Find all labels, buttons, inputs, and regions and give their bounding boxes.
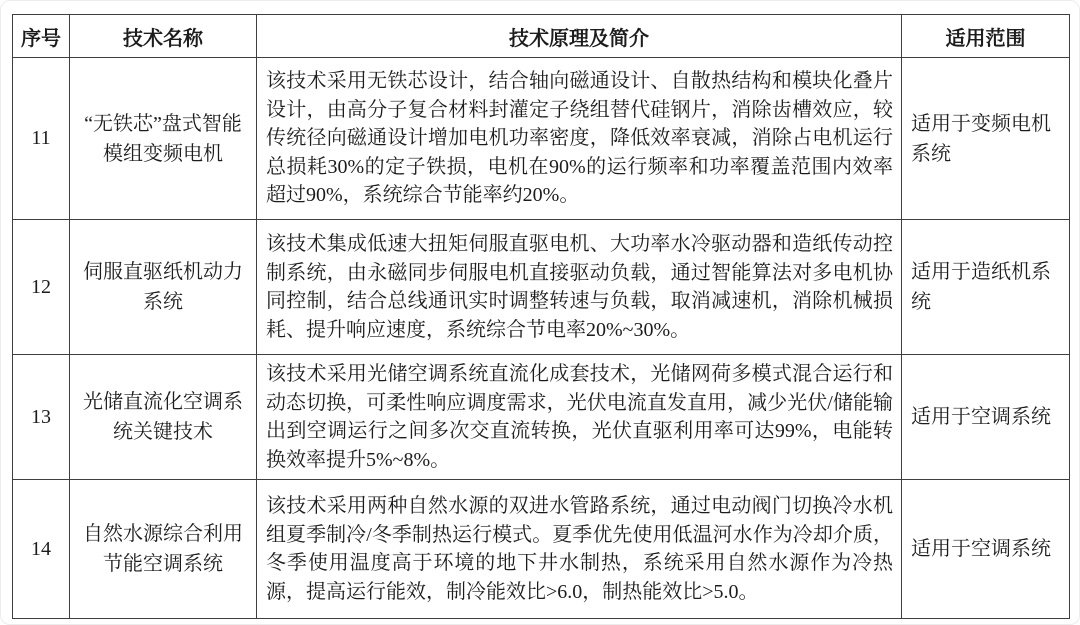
table-row: 13光储直流化空调系统关键技术该技术采用光储空调系统直流化成套技术，光储网荷多模…	[13, 355, 1070, 480]
technology-principle-cell: 该技术采用两种自然水源的双进水管路系统，通过电动阀门切换冷水机组夏季制冷/冬季制…	[257, 480, 902, 619]
application-scope-cell: 适用于空调系统	[902, 480, 1070, 619]
table-header-row: 序号 技术名称 技术原理及简介 适用范围	[13, 15, 1070, 58]
table-row: 14自然水源综合利用节能空调系统该技术采用两种自然水源的双进水管路系统，通过电动…	[13, 480, 1070, 619]
technology-name-cell: 自然水源综合利用节能空调系统	[70, 480, 257, 619]
header-application-scope: 适用范围	[902, 15, 1070, 58]
technology-principle-cell: 该技术采用光储空调系统直流化成套技术，光储网荷多模式混合运行和动态切换，可柔性响…	[257, 355, 902, 480]
serial-number-cell: 14	[13, 480, 70, 619]
serial-number-cell: 11	[13, 58, 70, 220]
technology-name-cell: “无铁芯”盘式智能模组变频电机	[70, 58, 257, 220]
table-row: 12伺服直驱纸机动力系统该技术集成低速大扭矩伺服直驱电机、大功率水冷驱动器和造纸…	[13, 220, 1070, 355]
header-technology-name: 技术名称	[70, 15, 257, 58]
serial-number-cell: 13	[13, 355, 70, 480]
document-page: 序号 技术名称 技术原理及简介 适用范围 11“无铁芯”盘式智能模组变频电机该技…	[0, 0, 1080, 625]
application-scope-cell: 适用于造纸机系统	[902, 220, 1070, 355]
table-body: 11“无铁芯”盘式智能模组变频电机该技术采用无铁芯设计，结合轴向磁通设计、自散热…	[13, 58, 1070, 619]
application-scope-cell: 适用于空调系统	[902, 355, 1070, 480]
technology-table: 序号 技术名称 技术原理及简介 适用范围 11“无铁芯”盘式智能模组变频电机该技…	[12, 14, 1070, 619]
header-serial-number: 序号	[13, 15, 70, 58]
header-technology-principle: 技术原理及简介	[257, 15, 902, 58]
technology-principle-cell: 该技术集成低速大扭矩伺服直驱电机、大功率水冷驱动器和造纸传动控制系统，由永磁同步…	[257, 220, 902, 355]
technology-principle-cell: 该技术采用无铁芯设计，结合轴向磁通设计、自散热结构和模块化叠片设计，由高分子复合…	[257, 58, 902, 220]
application-scope-cell: 适用于变频电机系统	[902, 58, 1070, 220]
table-row: 11“无铁芯”盘式智能模组变频电机该技术采用无铁芯设计，结合轴向磁通设计、自散热…	[13, 58, 1070, 220]
technology-name-cell: 光储直流化空调系统关键技术	[70, 355, 257, 480]
serial-number-cell: 12	[13, 220, 70, 355]
technology-name-cell: 伺服直驱纸机动力系统	[70, 220, 257, 355]
